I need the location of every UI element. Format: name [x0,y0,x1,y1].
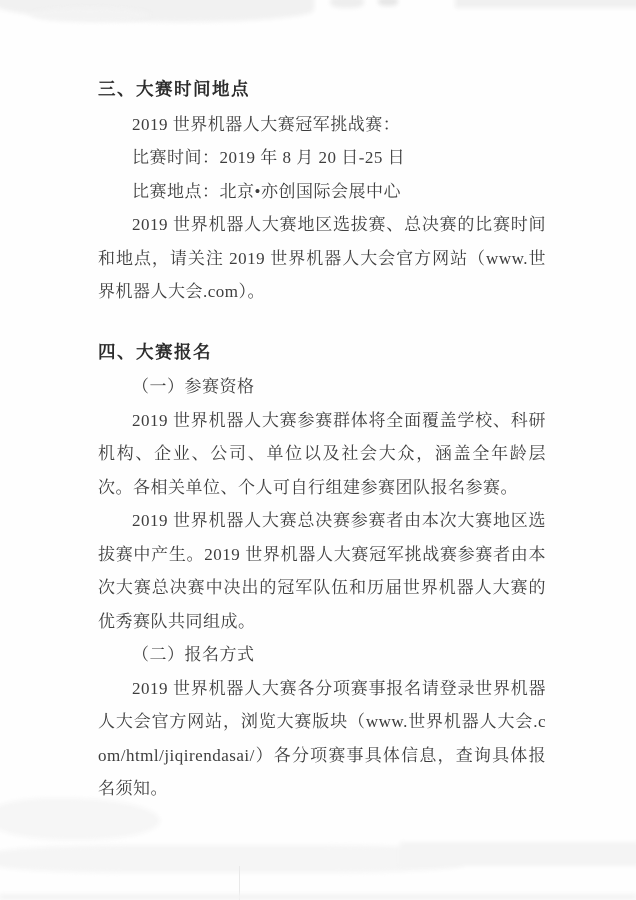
paragraph-eligibility-subtitle: （一）参赛资格 [98,370,546,404]
paragraph-eligibility-groups: 2019 世界机器人大赛参赛群体将全面覆盖学校、科研机构、企业、公司、单位以及社… [98,404,546,505]
section-heading-registration: 四、大赛报名 [98,337,546,371]
paragraph-registration-instructions: 2019 世界机器人大赛各分项赛事报名请登录世界机器人大会官方网站，浏览大赛版块… [98,672,546,806]
paragraph-registration-method-subtitle: （二）报名方式 [98,638,546,672]
paragraph-competition-time: 比赛时间：2019 年 8 月 20 日-25 日 [98,141,546,175]
document-content: 三、大赛时间地点 2019 世界机器人大赛冠军挑战赛： 比赛时间：2019 年 … [98,74,546,806]
section-registration: 四、大赛报名 （一）参赛资格 2019 世界机器人大赛参赛群体将全面覆盖学校、科… [98,337,546,806]
section-time-location: 三、大赛时间地点 2019 世界机器人大赛冠军挑战赛： 比赛时间：2019 年 … [98,74,546,309]
scan-artifact-top-dark [378,0,398,6]
paragraph-champion-challenge: 2019 世界机器人大赛冠军挑战赛： [98,108,546,142]
paragraph-regional-finals-info: 2019 世界机器人大赛地区选拔赛、总决赛的比赛时间和地点，请关注 2019 世… [98,208,546,309]
section-heading-time-location: 三、大赛时间地点 [98,74,546,108]
scan-artifact-top-left [0,0,314,22]
scan-artifact-bottom-band [0,845,464,873]
scan-artifact-top-right [455,0,636,8]
paragraph-finalist-selection: 2019 世界机器人大赛总决赛参赛者由本次大赛地区选拔赛中产生。2019 世界机… [98,504,546,638]
scan-artifact-vertical-line [239,866,240,900]
scanned-document-page: 三、大赛时间地点 2019 世界机器人大赛冠军挑战赛： 比赛时间：2019 年 … [0,0,636,900]
scan-artifact-top-left-2 [30,8,150,22]
scan-artifact-top-middle [330,0,364,8]
scan-artifact-bottom-edge [0,894,636,900]
paragraph-competition-venue: 比赛地点：北京•亦创国际会展中心 [98,175,546,209]
scan-artifact-bottom-band-right [400,842,636,866]
